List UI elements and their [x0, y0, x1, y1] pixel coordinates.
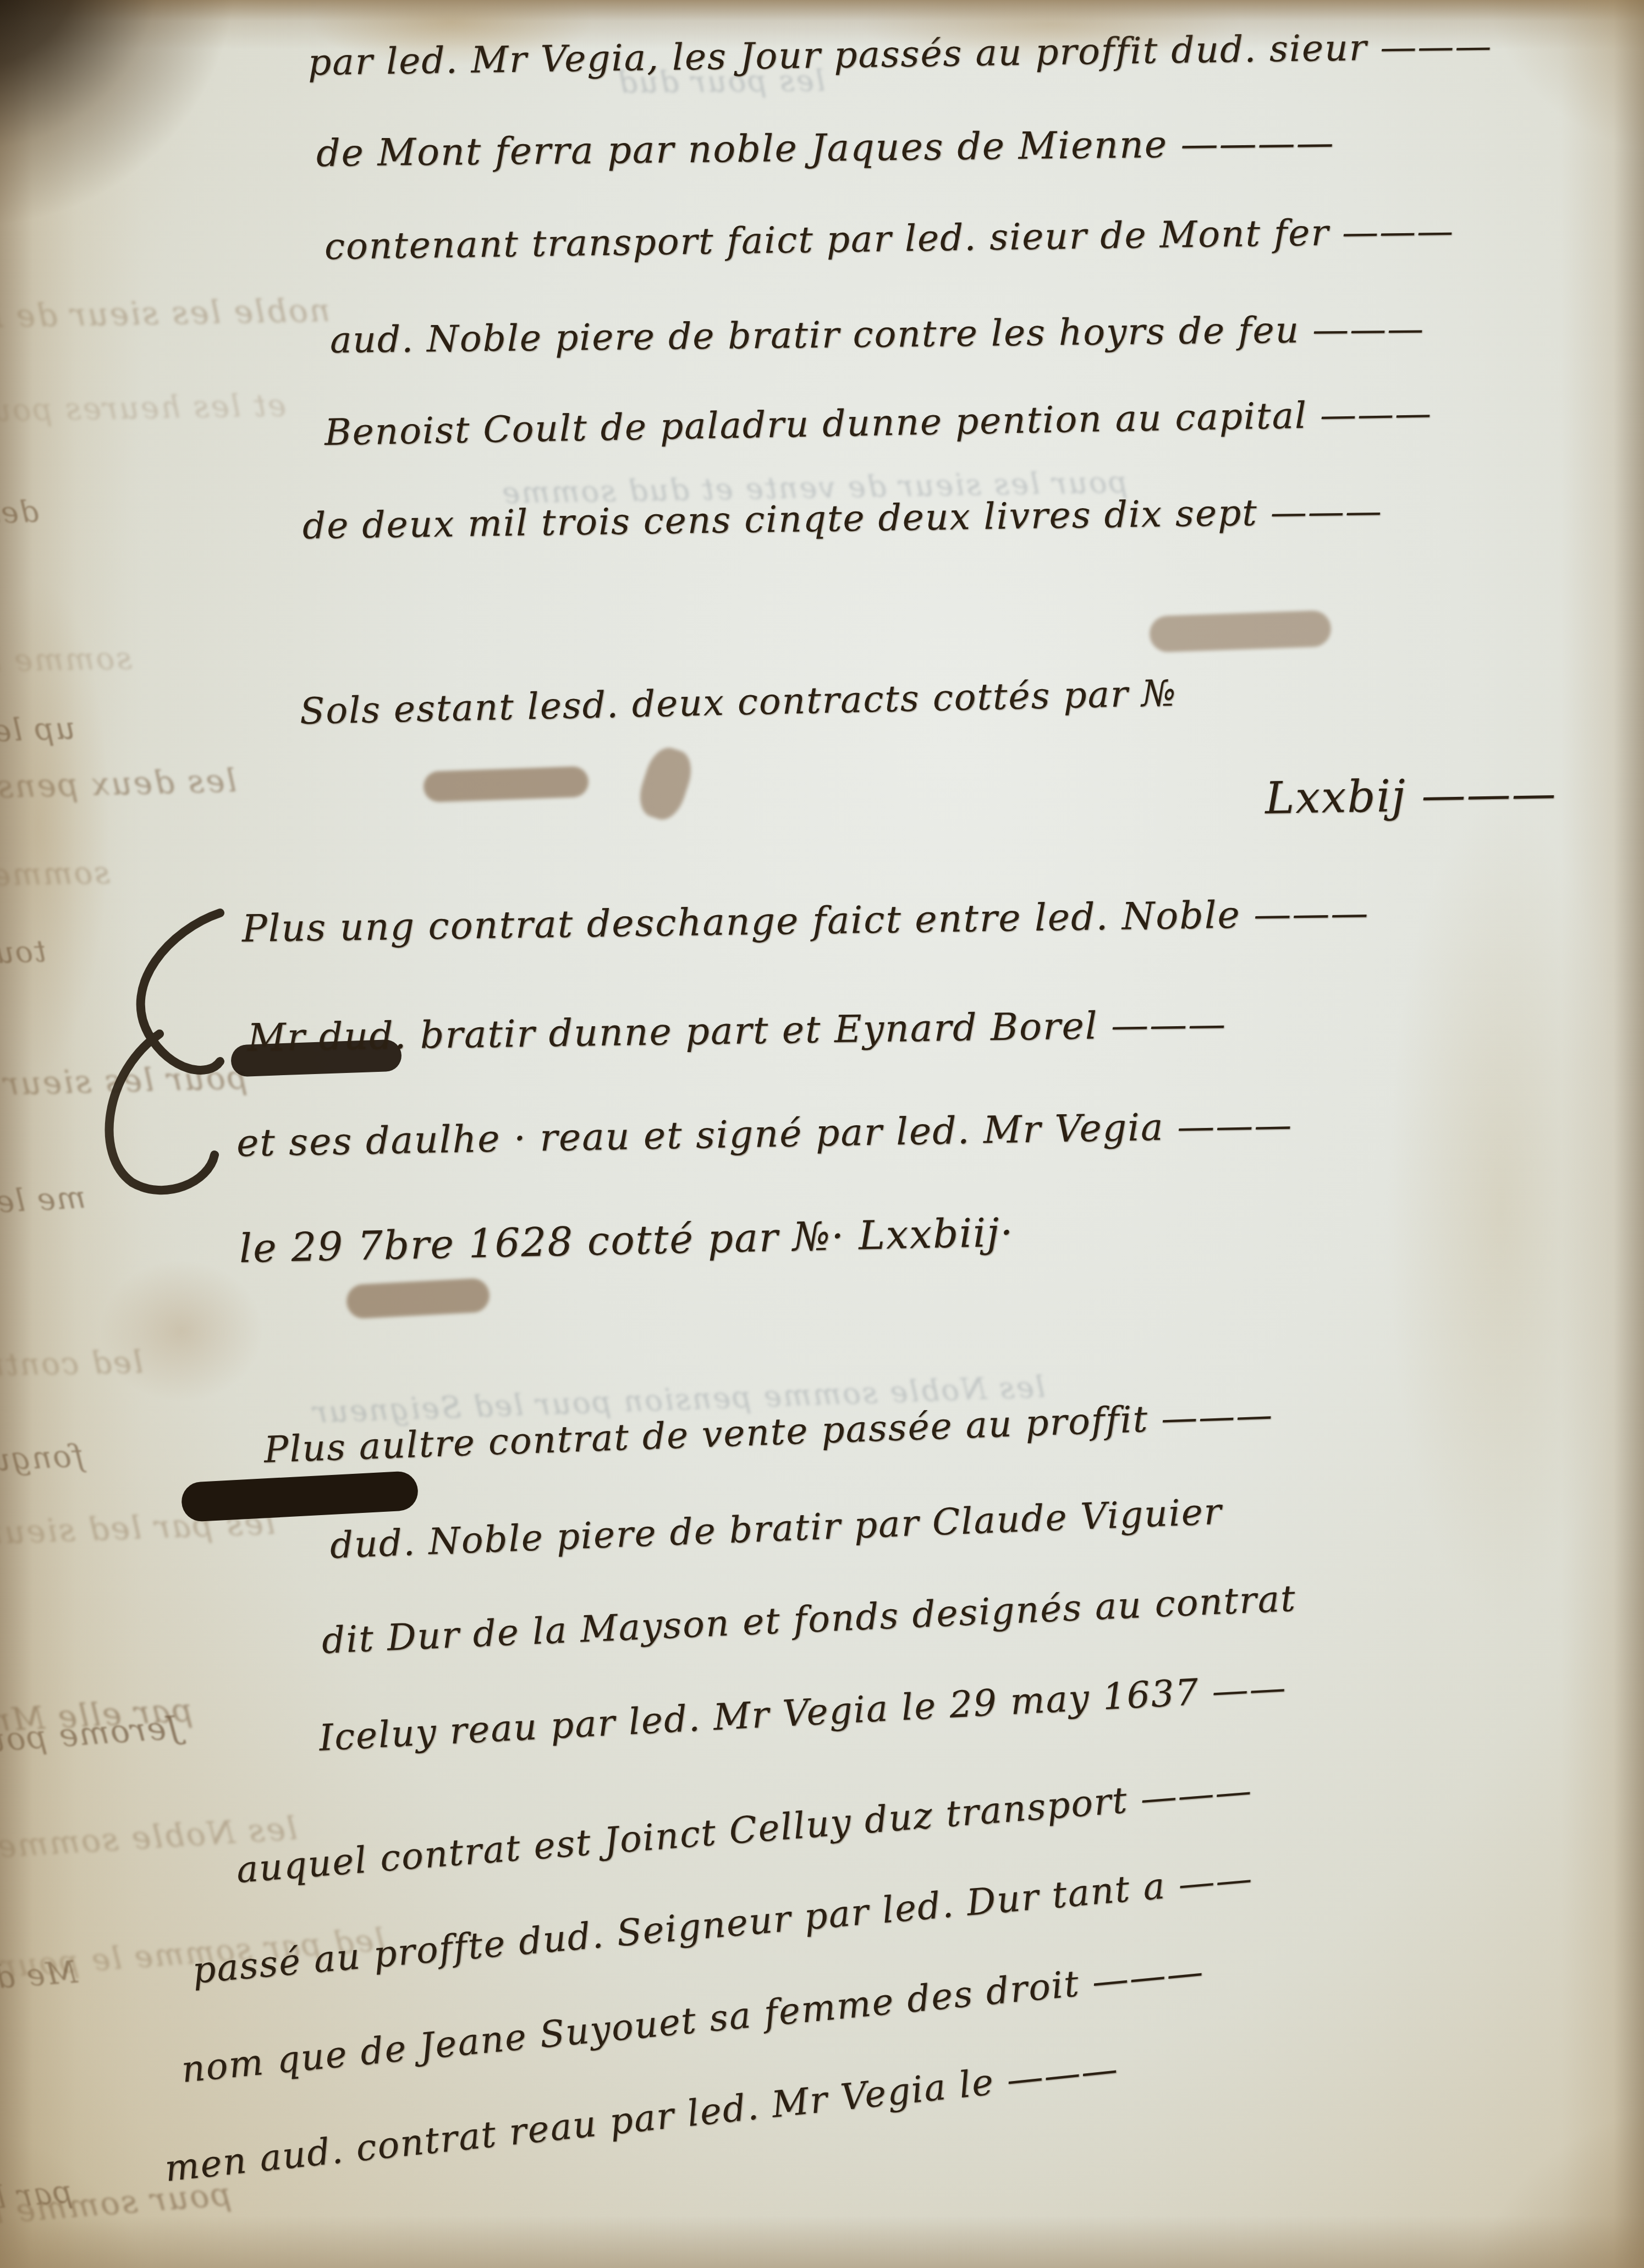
edge-fragment: tout [0, 934, 47, 971]
manuscript-line: dud. Noble piere de bratir par Claude Vi… [329, 1490, 1223, 1567]
manuscript-line: de Mont ferra par noble Jaques de Mienne… [316, 122, 1335, 175]
manuscript-page: noble les sieur de Mienne pour et dix et… [0, 0, 1644, 2268]
manuscript-line: Mr dud. bratir dunne part et Eynard Bore… [247, 1003, 1227, 1060]
paper-stain [99, 1259, 264, 1402]
ink-smudge [634, 743, 697, 824]
bleedthrough-line: noble les sieur de Mienne pour et dix [0, 291, 331, 340]
bleedthrough-line: et les heures pour mon sieur de bien [0, 388, 287, 434]
manuscript-line: aud. Noble piere de bratir contre les ho… [330, 307, 1425, 361]
manuscript-line: le 29 7bre 1628 cotté par №· Lxxbiij· [239, 1209, 1014, 1271]
bleedthrough-line: les deux pension passée au proffit dud [0, 762, 237, 817]
paper-stain [1386, 797, 1617, 1622]
bleedthrough-line: pour les sieur de vente et dud somme [0, 1059, 248, 1114]
manuscript-line: Plus ung contrat deschange faict entre l… [241, 891, 1369, 951]
edge-fragment: fongue [0, 1438, 85, 1480]
ink-smudge [423, 766, 589, 802]
bleedthrough-line: led contrat pour la somme [0, 1345, 144, 1388]
manuscript-line: dit Dur de la Mayson et fonds designés a… [321, 1577, 1297, 1662]
manuscript-line: Benoist Coult de paladru dunne pention a… [324, 392, 1432, 454]
manuscript-line: et ses daulhe · reau et signé par led. M… [236, 1103, 1293, 1165]
edge-fragment: me les [0, 1180, 86, 1221]
edge-fragment: des [0, 494, 39, 530]
bleedthrough-line: les par led sieur de la Mayson dud [0, 1504, 276, 1563]
manuscript-line: contenant transport faict par led. sieur… [324, 210, 1454, 268]
edge-fragment: up les [0, 711, 76, 750]
manuscript-line: de deux mil trois cens cinqte deux livre… [302, 490, 1383, 547]
manuscript-line: par led. Mr Vegia, les Jour passés au pr… [307, 25, 1492, 84]
ink-smudge [346, 1278, 491, 1319]
bleedthrough-line: somme par led sieur [0, 855, 111, 897]
bleedthrough-line: somme les pour [0, 641, 133, 681]
ink-smudge [1149, 610, 1332, 652]
manuscript-line: Sols estant lesd. deux contracts cottés … [299, 672, 1177, 733]
manuscript-folio-number: Lxxbij ——— [1264, 768, 1557, 824]
initial-flourish [83, 896, 248, 1204]
manuscript-line: Iceluy reau par led. Mr Vegia le 29 may … [318, 1666, 1288, 1759]
edge-fragment: Me dr [0, 1955, 79, 1997]
